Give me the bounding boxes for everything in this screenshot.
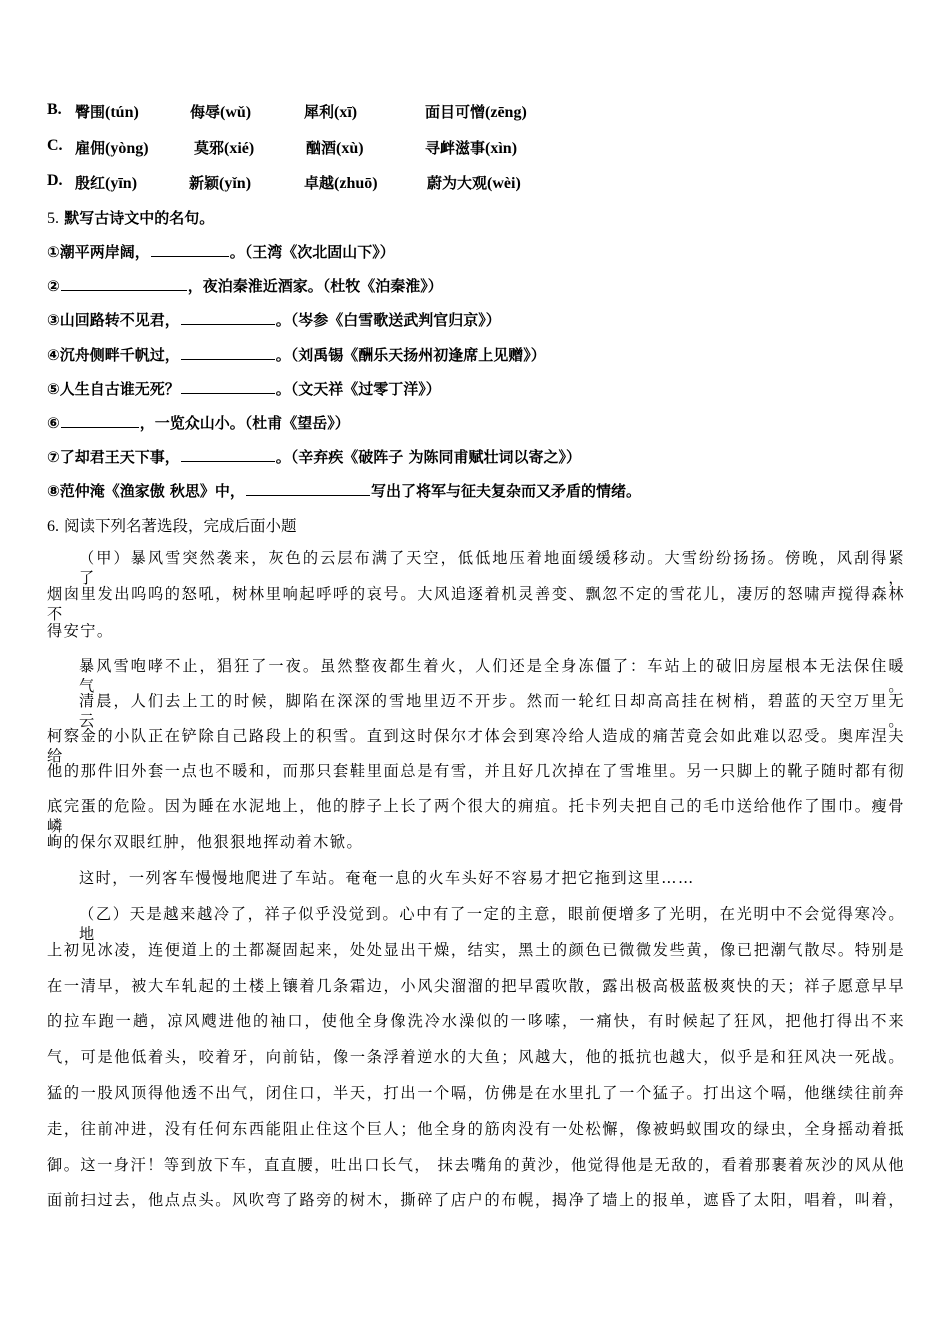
- option-row-b: B.: [47, 101, 62, 119]
- option-word: 新颖: [189, 174, 219, 192]
- line-text-after: ，一览众山小。（杜甫《望岳》）: [140, 414, 350, 432]
- passage-line: 他的那件旧外套一点也不暖和，而那只套鞋里面总是有雪，并且好几次掉在了雪堆里。另一…: [47, 761, 905, 781]
- item-marker: ⑥: [47, 414, 60, 432]
- poem-fill-item: ④沉舟侧畔千帆过，。（刘禹锡《酬乐天扬州初逢席上见赠》）: [47, 344, 546, 365]
- option-item: 臀围(tún): [75, 101, 139, 122]
- line-text-before: 沉舟侧畔千帆过，: [60, 346, 180, 364]
- line-text-before: 了却君王天下事，: [60, 448, 180, 466]
- passage-line: 在一清早，被大车轧起的土楼上镶着几条霜边，小风尖溜溜的把早霞吹散，露出极高极蓝极…: [47, 976, 905, 996]
- option-row-c: C.: [47, 137, 63, 155]
- option-item: 面目可憎(zēng): [425, 101, 527, 122]
- item-marker: ③: [47, 311, 60, 329]
- option-pinyin: (tún): [105, 104, 139, 121]
- question5-header: 5. 默写古诗文中的名句。: [47, 207, 214, 228]
- passage-line: （甲）暴风雪突然袭来，灰色的云层布满了天空，低低地压着地面缓缓移动。大雪纷纷扬扬…: [47, 548, 905, 588]
- line-text-before: 范仲淹《渔家傲 秋思》中，: [60, 482, 245, 500]
- option-pinyin: (yīn): [105, 175, 137, 192]
- option-word: 臀围: [75, 103, 105, 121]
- answer-blank[interactable]: [246, 481, 370, 496]
- item-marker: ⑤: [47, 380, 60, 398]
- option-word: 面目可憎: [425, 103, 485, 121]
- item-marker: ②: [47, 277, 60, 295]
- passage-line: 底完蛋的危险。因为睡在水泥地上，他的脖子上长了两个很大的痈疽。托卡列夫把自己的毛…: [47, 796, 905, 836]
- option-item: 酗酒(xù): [306, 137, 364, 158]
- option-pinyin: (xù): [336, 140, 364, 157]
- question6-header: 6. 阅读下列名著选段，完成后面小题: [47, 514, 296, 536]
- question-title: 阅读下列名著选段，完成后面小题: [64, 517, 297, 535]
- option-pinyin: (xìn): [485, 140, 517, 157]
- line-text-after: 。（岑参《白雪歌送武判官归京》）: [276, 311, 501, 329]
- option-word: 酗酒: [306, 139, 336, 157]
- question-title: 默写古诗文中的名句。: [64, 209, 214, 227]
- option-item: 殷红(yīn): [75, 172, 137, 193]
- item-marker: ⑦: [47, 448, 60, 466]
- option-pinyin: (xī): [334, 104, 357, 121]
- line-text-before: 潮平两岸阔，: [60, 243, 150, 261]
- option-letter: D.: [47, 172, 63, 189]
- answer-blank[interactable]: [181, 345, 275, 360]
- option-item: 莫邪(xié): [194, 137, 254, 158]
- option-item: 侮辱(wǔ): [190, 101, 251, 122]
- line-text-after: ，夜泊秦淮近酒家。（杜牧《泊秦淮》）: [188, 277, 443, 295]
- line-text-after: 。（辛弃疾《破阵子 为陈同甫赋壮词以寄之》）: [276, 448, 581, 466]
- question-number: 5.: [47, 210, 59, 227]
- poem-fill-item: ①潮平两岸阔，。（王湾《次北固山下》）: [47, 241, 395, 262]
- question-number: 6.: [47, 518, 59, 535]
- option-word: 犀利: [304, 103, 334, 121]
- option-pinyin: (zhuō): [334, 175, 378, 192]
- option-word: 蔚为大观: [427, 174, 487, 192]
- poem-fill-item: ⑤人生自古谁无死？。（文天祥《过零丁洋》）: [47, 378, 441, 399]
- option-word: 雇佣: [75, 139, 105, 157]
- answer-blank[interactable]: [151, 242, 229, 257]
- passage-line: 走，往前冲进，没有任何东西能阻止住这个巨人；他全身的筋肉没有一处松懈，像被蚂蚁围…: [47, 1119, 905, 1139]
- option-word: 寻衅滋事: [425, 139, 485, 157]
- poem-fill-item: ⑥，一览众山小。（杜甫《望岳》）: [47, 412, 350, 433]
- answer-blank[interactable]: [61, 413, 139, 428]
- option-word: 卓越: [304, 174, 334, 192]
- passage-line: 清晨，人们去上工的时候，脚陷在深深的雪地里迈不开步。然而一轮红日却高高挂在树梢，…: [47, 691, 905, 731]
- option-item: 寻衅滋事(xìn): [425, 137, 517, 158]
- passage-line: 得安宁。: [47, 621, 114, 641]
- passage-line: 面前扫过去，他点点头。风吹弯了路旁的树木，撕碎了店户的布幌，揭净了墙上的报单，遮…: [47, 1190, 905, 1210]
- passage-line: 气，可是他低着头，咬着牙，向前钻，像一条浮着逆水的大鱼；风越大，他的抵抗也越大，…: [47, 1047, 905, 1067]
- item-marker: ⑧: [47, 482, 60, 500]
- line-text-after: 。（王湾《次北固山下》）: [230, 243, 395, 261]
- line-text-after: 。（刘禹锡《酬乐天扬州初逢席上见赠》）: [276, 346, 546, 364]
- poem-fill-item: ⑧范仲淹《渔家傲 秋思》中，写出了将军与征夫复杂而又矛盾的情绪。: [47, 480, 641, 501]
- option-word: 莫邪: [194, 139, 224, 157]
- passage-line: 上初见冰凌，连便道上的土都凝固起来，处处显出干燥，结实，黑土的颜色已微微发些黄，…: [47, 940, 905, 960]
- passage-line: 暴风雪咆哮不止，猖狂了一夜。虽然整夜都生着火，人们还是全身冻僵了：车站上的破旧房…: [47, 656, 905, 696]
- answer-blank[interactable]: [181, 379, 275, 394]
- exam-page: B. 臀围(tún) 侮辱(wǔ) 犀利(xī) 面目可憎(zēng) C. 雇…: [0, 0, 950, 1344]
- passage-line: 柯察金的小队正在铲除自己路段上的积雪。直到这时保尔才体会到寒冷给人造成的痛苦竟会…: [47, 726, 905, 766]
- passage-line: 御。这一身汗！等到放下车，直直腰，吐出口长气， 抹去嘴角的黄沙，他觉得他是无敌的…: [47, 1155, 905, 1175]
- passage-line: 峋的保尔双眼红肿，他狠狠地挥动着木锨。: [47, 832, 363, 852]
- option-pinyin: (wǔ): [220, 104, 251, 121]
- option-item: 蔚为大观(wèi): [427, 172, 521, 193]
- option-item: 犀利(xī): [304, 101, 357, 122]
- passage-line: 烟囱里发出呜呜的怒吼，树林里响起呼呼的哀号。大风追逐着机灵善变、飘忽不定的雪花儿…: [47, 584, 905, 624]
- poem-fill-item: ⑦了却君王天下事，。（辛弃疾《破阵子 为陈同甫赋壮词以寄之》）: [47, 446, 581, 467]
- option-pinyin: (zēng): [485, 104, 527, 121]
- poem-fill-item: ②，夜泊秦淮近酒家。（杜牧《泊秦淮》）: [47, 275, 443, 296]
- option-pinyin: (yǐn): [219, 175, 251, 192]
- line-text-before: 人生自古谁无死？: [60, 380, 180, 398]
- option-letter: C.: [47, 137, 63, 154]
- option-word: 侮辱: [190, 103, 220, 121]
- poem-fill-item: ③山回路转不见君，。（岑参《白雪歌送武判官归京》）: [47, 309, 501, 330]
- option-word: 殷红: [75, 174, 105, 192]
- passage-line: 猛的一股风顶得他透不出气，闭住口，半天，打出一个嗝，仿佛是在水里扎了一个猛子。打…: [47, 1083, 905, 1103]
- option-pinyin: (wèi): [487, 175, 521, 192]
- line-text-before: 山回路转不见君，: [60, 311, 180, 329]
- option-item: 新颖(yǐn): [189, 172, 251, 193]
- passage-line: 这时，一列客车慢慢地爬进了车站。奄奄一息的火车头好不容易才把它拖到这里……: [47, 868, 695, 888]
- option-item: 雇佣(yòng): [75, 137, 149, 158]
- option-row-d: D.: [47, 172, 63, 190]
- passage-line: （乙）天是越来越冷了，祥子似乎没觉到。心中有了一定的主意，眼前便增多了光明，在光…: [47, 904, 905, 944]
- option-pinyin: (xié): [224, 140, 254, 157]
- option-letter: B.: [47, 101, 62, 118]
- line-text-after: 。（文天祥《过零丁洋》）: [276, 380, 441, 398]
- line-text-after: 写出了将军与征夫复杂而又矛盾的情绪。: [371, 482, 641, 500]
- answer-blank[interactable]: [181, 310, 275, 325]
- option-item: 卓越(zhuō): [304, 172, 378, 193]
- item-marker: ①: [47, 243, 60, 261]
- option-pinyin: (yòng): [105, 140, 149, 157]
- answer-blank[interactable]: [61, 276, 187, 291]
- answer-blank[interactable]: [181, 447, 275, 462]
- passage-line: 的拉车跑一趟，凉风飕进他的袖口，使他全身像洗冷水澡似的一哆嗦，一痛快，有时候起了…: [47, 1011, 905, 1031]
- item-marker: ④: [47, 346, 60, 364]
